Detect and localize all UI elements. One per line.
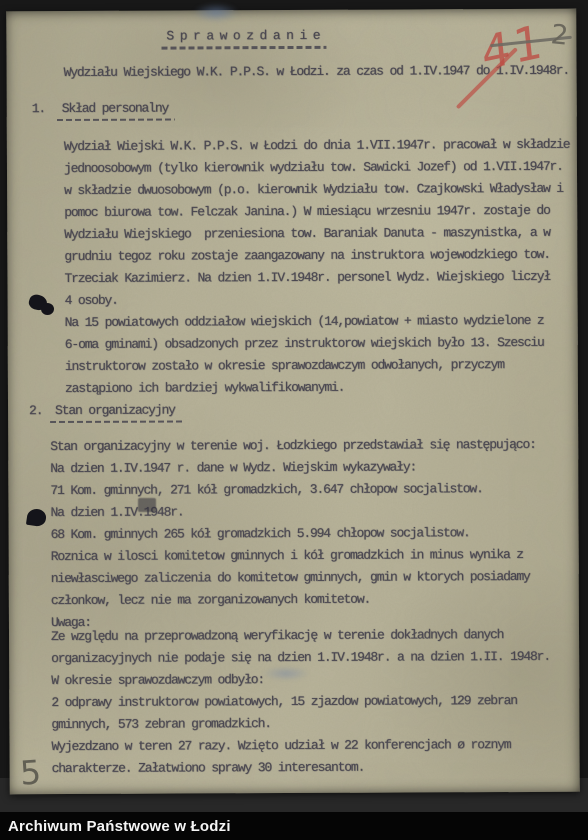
text: 6-oma gminami) obsadzonych przez instruk… bbox=[65, 335, 544, 352]
body-line: Roznica w ilosci komitetow gminnych i kó… bbox=[9, 545, 579, 569]
text: Na 15 powiatowych oddziałow wiejskich (1… bbox=[65, 313, 544, 330]
text: charakterze. Załatwiono sprawy 30 intere… bbox=[52, 760, 365, 776]
text: Roznica w ilosci komitetow gminnych i kó… bbox=[51, 547, 523, 564]
body-line: 2 odprawy instruktorow powiatowych, 15 z… bbox=[9, 691, 579, 715]
text: pomoc biurowa tow. Felczak Janina.) W mi… bbox=[64, 203, 550, 220]
punch-hole bbox=[41, 303, 54, 315]
body-line: Wyjezdzano w teren 27 razy. Wzięto udzia… bbox=[9, 735, 579, 759]
typewriter-overstrike-blot bbox=[138, 498, 156, 512]
body-line: w składzie dwuosobowym (p.o. kierownik W… bbox=[7, 179, 577, 203]
body-line: Stan organizacyjny w terenie woj. Łodzki… bbox=[8, 435, 578, 459]
pencil-sheet-number: 5 bbox=[19, 755, 42, 789]
body-line: Ze względu na przeprowadzoną weryfikację… bbox=[9, 625, 579, 649]
body-line: niewłasciwego zaliczenia do komitetow gm… bbox=[9, 567, 579, 591]
section-2-heading: 2.Stan organizacyjny bbox=[8, 399, 578, 433]
text: jednoosobowym (tylko kierownik wydziału … bbox=[64, 159, 563, 176]
pencil-page-number: 2 bbox=[550, 21, 570, 50]
body-line: gminnych, 573 zebran gromadzkich. bbox=[9, 713, 579, 737]
text: Wydział Wiejski W.K. P.P.S. w Łodzi do d… bbox=[64, 137, 570, 154]
text: 68 Kom. gminnych 265 kół gromadzkich 5.9… bbox=[51, 525, 470, 542]
text: Skład personalny bbox=[62, 99, 169, 121]
section-1-heading: 1.Skład personalny bbox=[7, 97, 577, 131]
text: S p r a w o z d a n i e bbox=[166, 26, 319, 50]
text: 2 odprawy instruktorow powiatowych, 15 z… bbox=[51, 693, 517, 710]
body-line: Wydziału Wiejskiego przeniesiona tow. Ba… bbox=[7, 223, 577, 247]
body-line: zastąpiono ich bardziej wykwalifikowanym… bbox=[8, 377, 578, 401]
body-line: Na 15 powiatowych oddziałow wiejskich (1… bbox=[8, 311, 578, 335]
text: Stan organizacyjny w terenie woj. Łodzki… bbox=[50, 437, 536, 454]
body-line: pomoc biurowa tow. Felczak Janina.) W mi… bbox=[7, 201, 577, 225]
text: Trzeciak Kazimierz. Na dzien 1.IV.1948r.… bbox=[64, 269, 550, 286]
text: instruktorow zostało w okresie sprawozda… bbox=[65, 357, 504, 374]
list-number: 2. bbox=[29, 401, 42, 420]
archive-watermark-bar: Archiwum Państwowe w Łodzi bbox=[0, 812, 588, 840]
text: zastąpiono ich bardziej wykwalifikowanym… bbox=[65, 380, 344, 396]
text: grudniu tegoz roku zostaje zaangazowany … bbox=[64, 247, 550, 264]
text: W okresie sprawozdawczym odbyło: bbox=[51, 672, 264, 688]
text: organizacyjnych nie podaje się na dzien … bbox=[51, 649, 550, 666]
text: w składzie dwuosobowym (p.o. kierownik W… bbox=[64, 181, 563, 198]
body-line: 4 osoby. bbox=[8, 289, 578, 313]
text: Wydziału Wiejskiego przeniesiona tow. Ba… bbox=[64, 225, 550, 242]
text: Wyjezdzano w teren 27 razy. Wzięto udzia… bbox=[51, 737, 510, 754]
body-line: Wydział Wiejski W.K. P.P.S. w Łodzi do d… bbox=[7, 135, 577, 159]
text: Na dzien 1.IV.1948r. bbox=[50, 504, 183, 520]
body-line: charakterze. Załatwiono sprawy 30 intere… bbox=[10, 757, 580, 781]
body-line: jednoosobowym (tylko kierownik wydziału … bbox=[7, 157, 577, 181]
body-line: 71 Kom. gminnych, 271 kół gromadzkich, 3… bbox=[8, 479, 578, 503]
blue-ink-smudge bbox=[262, 666, 310, 681]
list-number: 1. bbox=[32, 99, 45, 118]
text: niewłasciwego zaliczenia do komitetow gm… bbox=[51, 569, 530, 586]
body-line: 68 Kom. gminnych 265 kół gromadzkich 5.9… bbox=[9, 523, 579, 547]
body-line: Na dzien 1.IV.1947 r. dane w Wydz. Wiejs… bbox=[8, 457, 578, 481]
text: gminnych, 573 zebran gromadzkich. bbox=[51, 716, 271, 732]
text: Ze względu na przeprowadzoną weryfikację… bbox=[51, 627, 503, 644]
text: 4 osoby. bbox=[65, 293, 118, 308]
archive-watermark-text: Archiwum Państwowe w Łodzi bbox=[8, 818, 231, 835]
blue-ink-smudge bbox=[193, 3, 239, 22]
body-line: grudniu tegoz roku zostaje zaangazowany … bbox=[7, 245, 577, 269]
text: członkow, lecz nie ma zorganizowanych ko… bbox=[51, 592, 370, 608]
body-line: instruktorow zostało w okresie sprawozda… bbox=[8, 355, 578, 379]
text: Stan organizacyjny bbox=[55, 401, 175, 424]
body-line: Na dzien 1.IV.1948r. bbox=[8, 501, 578, 525]
red-pencil-number: 41 bbox=[479, 17, 547, 76]
body-line: Trzeciak Kazimierz. Na dzien 1.IV.1948r.… bbox=[7, 267, 577, 291]
body-line: członkow, lecz nie ma zorganizowanych ko… bbox=[9, 589, 579, 613]
body-line: 6-oma gminami) obsadzonych przez instruk… bbox=[8, 333, 578, 357]
text: 71 Kom. gminnych, 271 kół gromadzkich, 3… bbox=[50, 481, 482, 498]
text: Na dzien 1.IV.1947 r. dane w Wydz. Wiejs… bbox=[50, 459, 416, 476]
